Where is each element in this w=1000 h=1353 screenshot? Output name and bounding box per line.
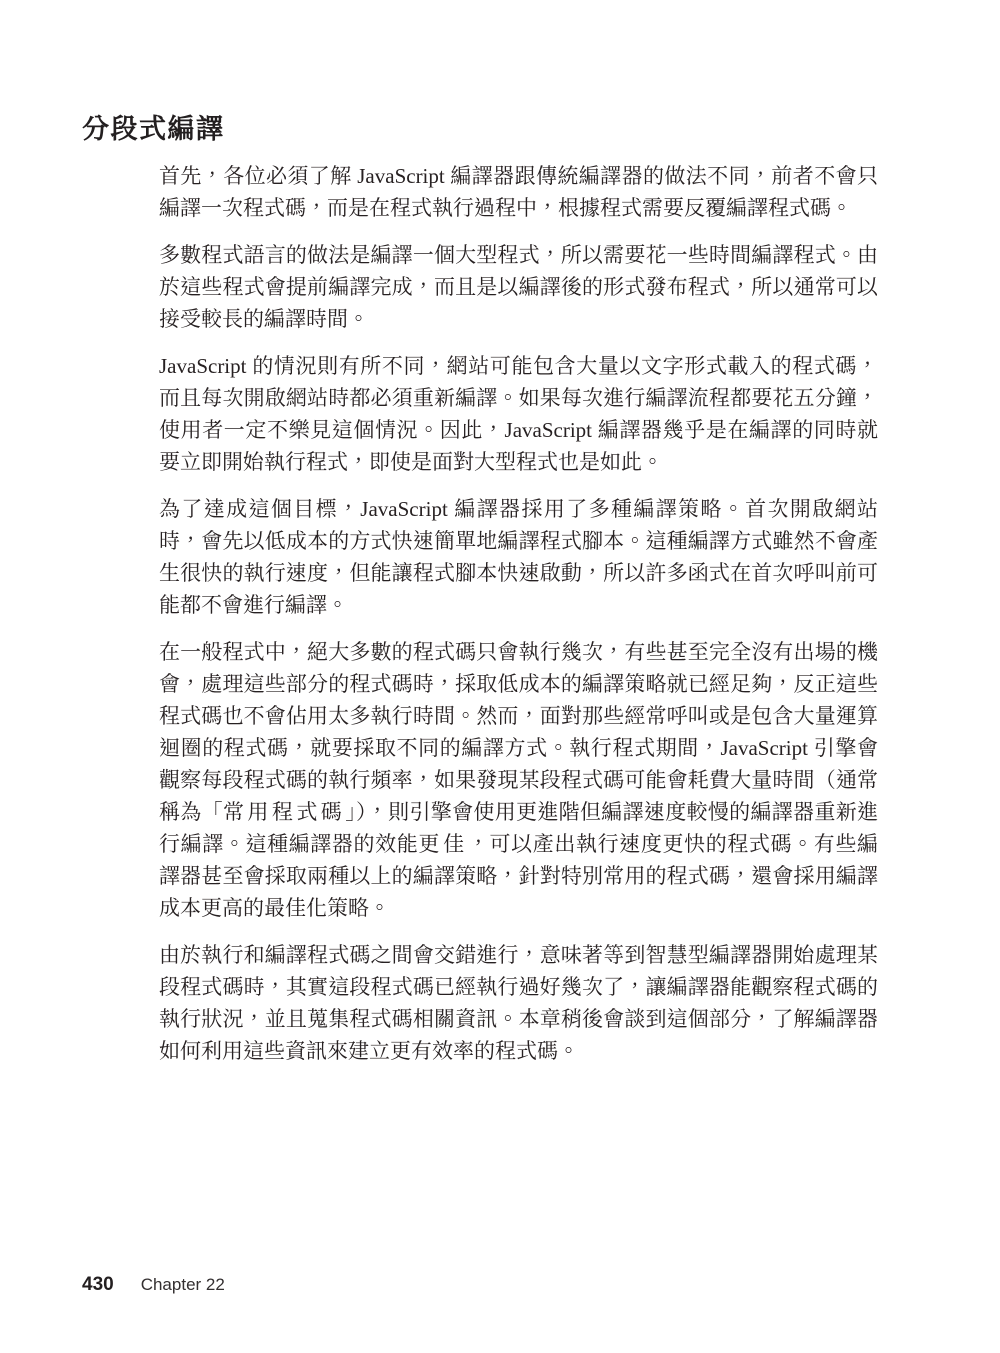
paragraph: JavaScript 的情況則有所不同，網站可能包含大量以文字形式載入的程式碼，… <box>159 350 878 478</box>
paragraph: 在一般程式中，絕大多數的程式碼只會執行幾次，有些甚至完全沒有出場的機會，處理這些… <box>159 636 878 924</box>
paragraph-text: 在一般程式中，絕大多數的程式碼只會執行幾次，有些甚至完全沒有出場的機會，處理這些… <box>159 640 878 824</box>
paragraph: 首先，各位必須了解 JavaScript 編譯器跟傳統編譯器的做法不同，前者不會… <box>159 160 878 224</box>
page-footer: 430 Chapter 22 <box>82 1274 225 1296</box>
chapter-label: Chapter 22 <box>141 1275 225 1295</box>
paragraph-text: 為了達成這個目標，JavaScript 編譯器採用了多種編譯策略。首次開啟網站時… <box>159 497 878 617</box>
paragraph-text: JavaScript 的情況則有所不同，網站可能包含大量以文字形式載入的程式碼，… <box>159 354 878 474</box>
emphasis-text: 常用程式碼 <box>223 800 345 824</box>
section-heading: 分段式編譯 <box>82 112 225 146</box>
paragraph-text: 多數程式語言的做法是編譯一個大型程式，所以需要花一些時間編譯程式。由於這些程式會… <box>159 243 878 331</box>
emphasis-text: 更佳 <box>418 832 468 856</box>
paragraph: 多數程式語言的做法是編譯一個大型程式，所以需要花一些時間編譯程式。由於這些程式會… <box>159 239 878 335</box>
paragraph-text: 首先，各位必須了解 JavaScript 編譯器跟傳統編譯器的做法不同，前者不會… <box>159 164 878 220</box>
paragraph: 由於執行和編譯程式碼之間會交錯進行，意味著等到智慧型編譯器開始處理某段程式碼時，… <box>159 939 878 1067</box>
page-number: 430 <box>82 1274 114 1296</box>
paragraph: 為了達成這個目標，JavaScript 編譯器採用了多種編譯策略。首次開啟網站時… <box>159 493 878 621</box>
paragraph-text: 由於執行和編譯程式碼之間會交錯進行，意味著等到智慧型編譯器開始處理某段程式碼時，… <box>159 943 878 1063</box>
book-page: 分段式編譯 首先，各位必須了解 JavaScript 編譯器跟傳統編譯器的做法不… <box>0 0 1000 1353</box>
body-text: 首先，各位必須了解 JavaScript 編譯器跟傳統編譯器的做法不同，前者不會… <box>159 160 878 1082</box>
